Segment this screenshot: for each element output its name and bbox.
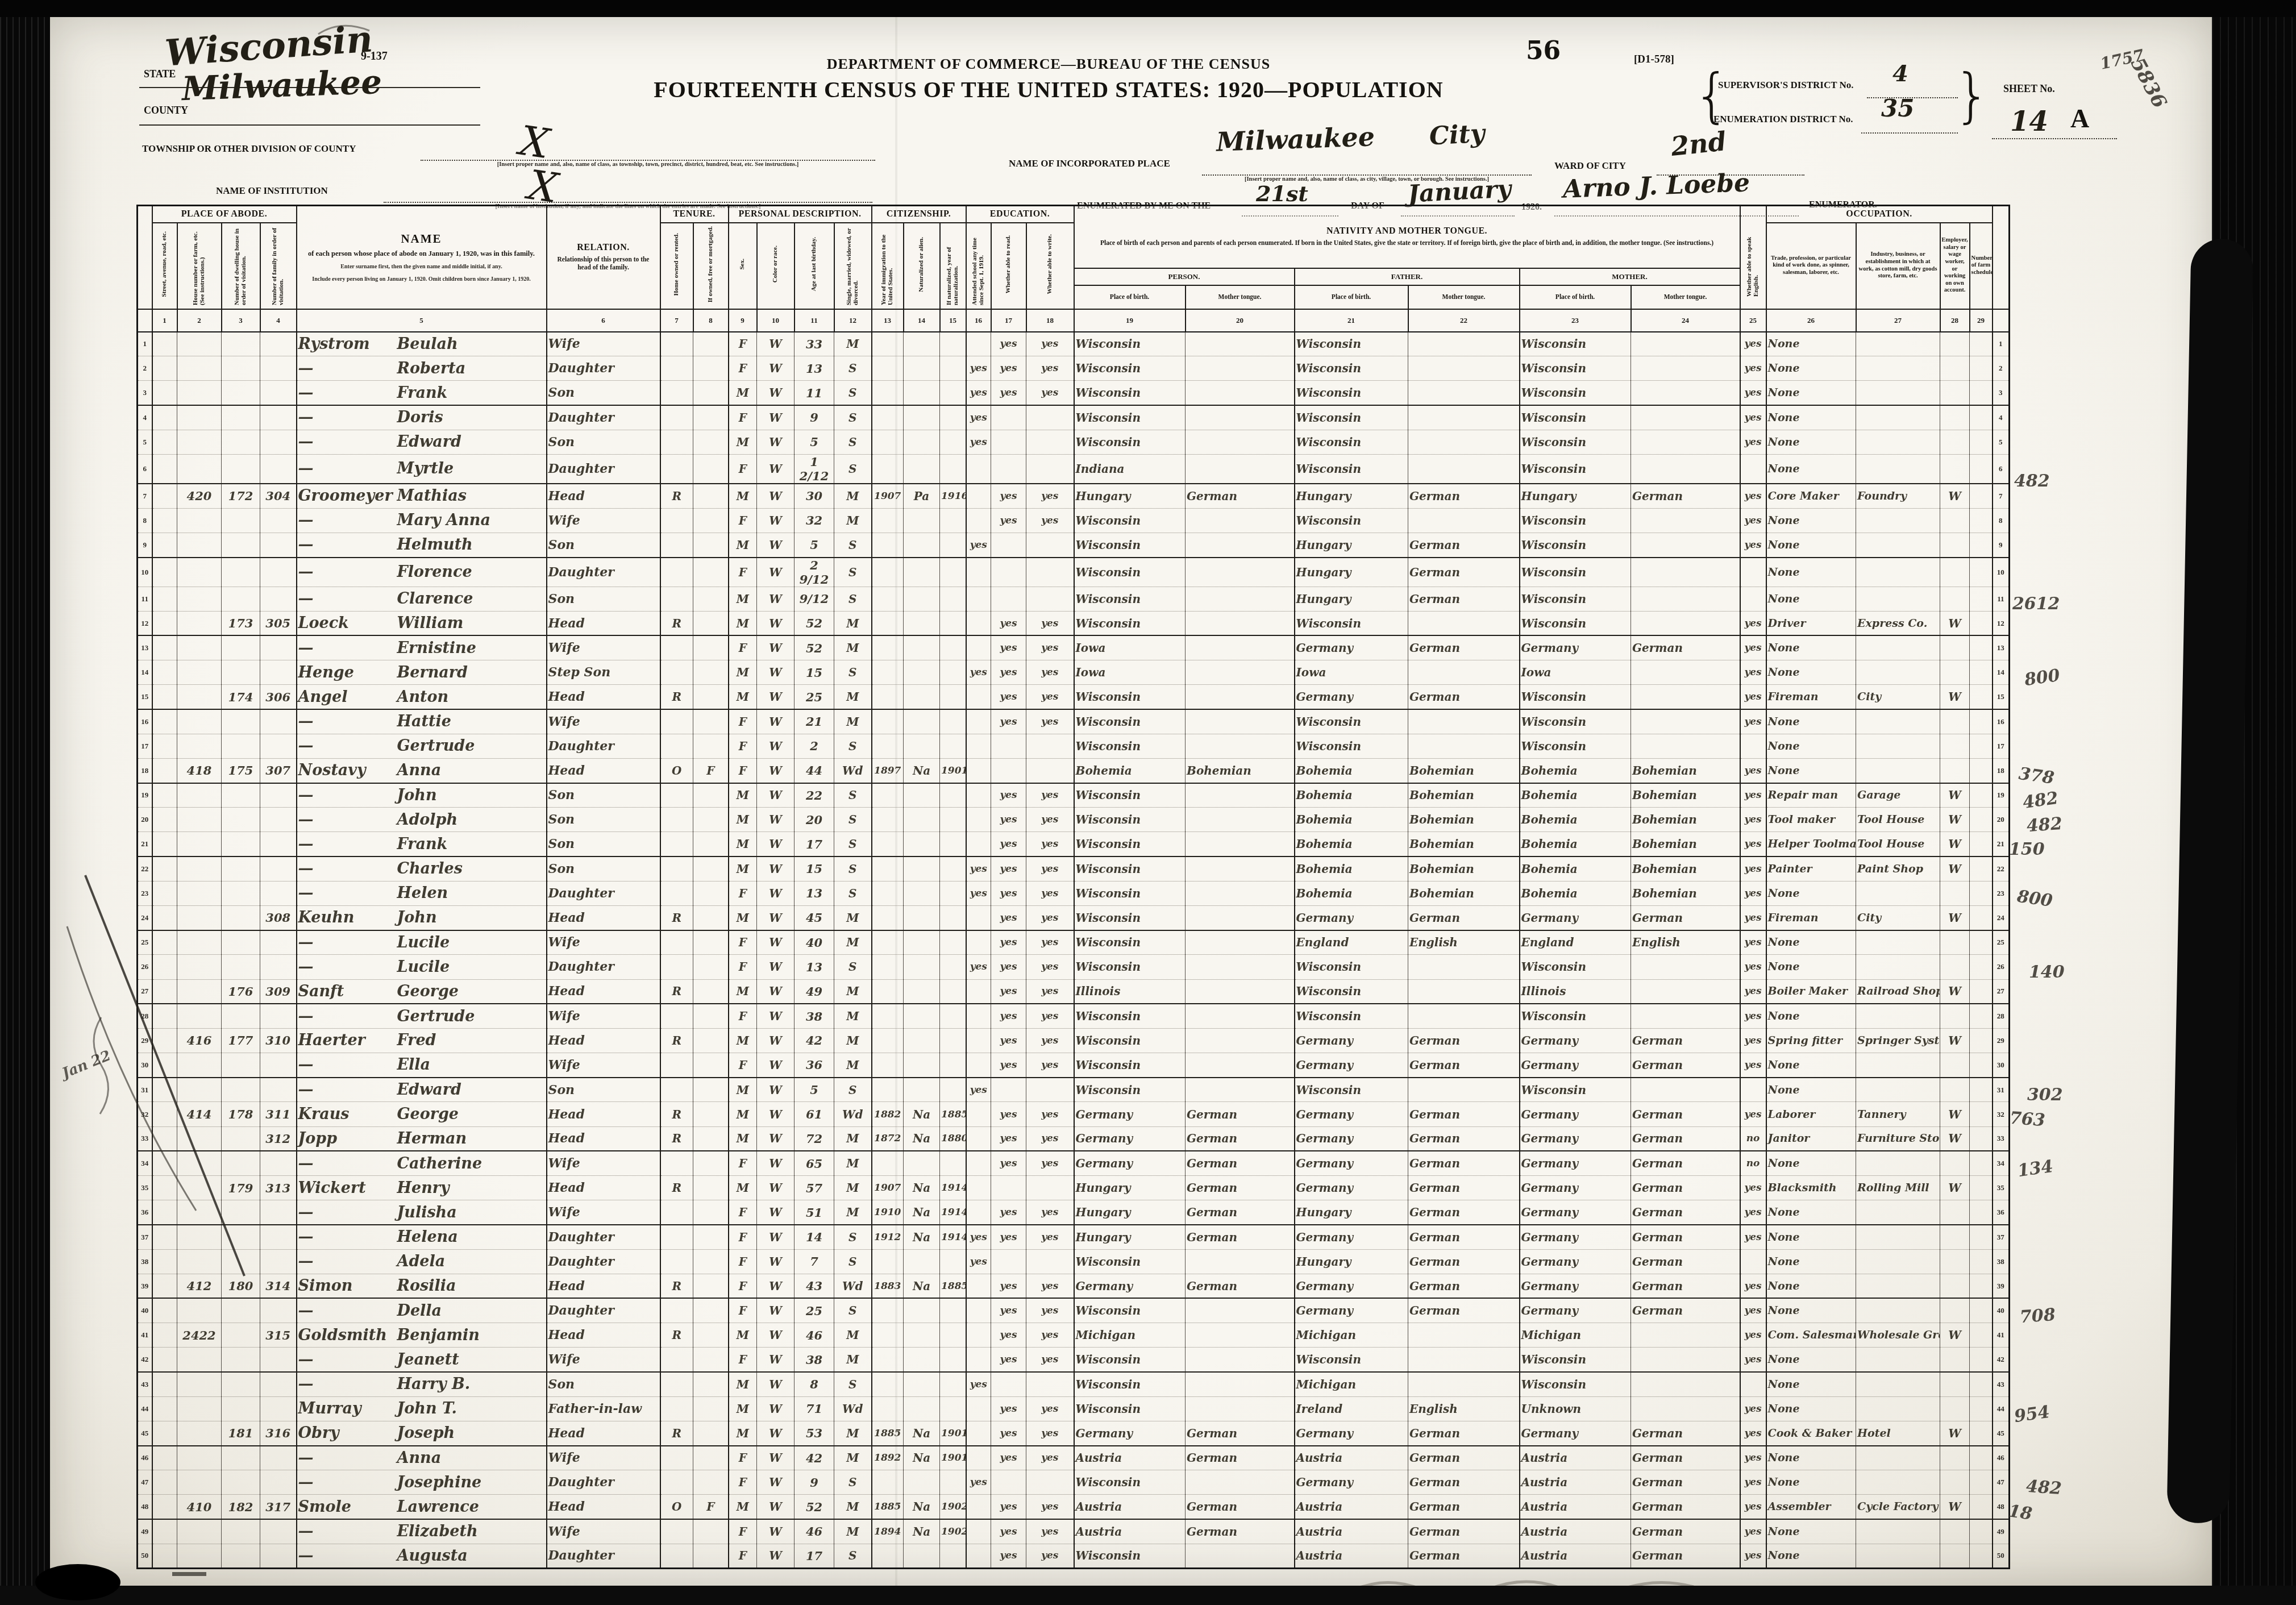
age-cell: 9 — [795, 1470, 834, 1495]
pob-cell: Wisconsin — [1074, 1348, 1186, 1372]
fam-cell — [260, 635, 297, 660]
naty-cell — [940, 930, 966, 955]
dw-cell — [222, 454, 260, 484]
ftng-cell: German — [1408, 1298, 1520, 1323]
occ-cell: None — [1766, 1225, 1856, 1249]
film-edge-top — [0, 0, 2296, 17]
eng-cell — [1740, 1078, 1766, 1102]
race-cell: W — [757, 783, 795, 808]
street-cell — [152, 1274, 177, 1298]
fpob-cell: Bohemia — [1295, 881, 1408, 905]
race-cell: W — [757, 332, 795, 356]
naty-cell: 1902 — [940, 1495, 966, 1519]
mtng-cell: German — [1631, 1495, 1740, 1519]
farm-cell — [1970, 685, 1993, 709]
age-cell: 22 — [795, 783, 834, 808]
wr-cell: yes — [1026, 484, 1074, 508]
emp-cell — [1940, 758, 1970, 783]
naty-cell — [940, 1151, 966, 1175]
street-cell — [152, 1225, 177, 1249]
street-cell — [152, 587, 177, 611]
eng-cell: yes — [1740, 685, 1766, 709]
street-cell — [152, 1323, 177, 1348]
sex-cell: M — [729, 1495, 757, 1519]
nat-cell — [904, 930, 940, 955]
ind-cell — [1856, 1053, 1940, 1078]
street-cell — [152, 405, 177, 430]
street-cell — [152, 1249, 177, 1274]
rel-cell: Head — [547, 1028, 660, 1053]
farm-cell — [1970, 356, 1993, 381]
eng-cell: yes — [1740, 1421, 1766, 1445]
line-number-right: 21 — [1993, 832, 2010, 856]
eng-cell: yes — [1740, 1495, 1766, 1519]
mar-cell: S — [834, 856, 872, 881]
census-row: 412422315GoldsmithBenjaminHeadRMW46Myesy… — [138, 1323, 2010, 1348]
street-cell — [152, 1470, 177, 1495]
name-cell: HengeBernard — [297, 660, 547, 685]
mort-cell — [693, 1004, 729, 1028]
tng-cell — [1186, 332, 1295, 356]
line-number-left: 8 — [138, 508, 152, 533]
personal-group-header: PERSONAL DESCRIPTION. — [729, 206, 872, 223]
line-number-right: 34 — [1993, 1151, 2010, 1175]
tng-cell — [1186, 1028, 1295, 1053]
race-cell: W — [757, 1470, 795, 1495]
occ-cell: None — [1766, 430, 1856, 454]
age-column-header: Age at last birthday. — [795, 223, 834, 309]
own-cell — [660, 533, 693, 557]
rel-cell: Wife — [547, 508, 660, 533]
pob-cell: Wisconsin — [1074, 930, 1186, 955]
ftng-cell: German — [1408, 1446, 1520, 1470]
name-cell: SanftGeorge — [297, 979, 547, 1004]
line-number-right: 48 — [1993, 1495, 2010, 1519]
wr-cell: yes — [1026, 381, 1074, 405]
house-cell — [177, 533, 222, 557]
name-cell: —Florence — [297, 558, 547, 587]
emp-cell — [1940, 587, 1970, 611]
sex-cell: F — [729, 1298, 757, 1323]
mort-cell — [693, 1249, 729, 1274]
mort-cell — [693, 381, 729, 405]
race-cell: W — [757, 1544, 795, 1568]
farm-cell — [1970, 979, 1993, 1004]
emp-cell — [1940, 1249, 1970, 1274]
mtng-cell — [1631, 611, 1740, 635]
pob-cell: Wisconsin — [1074, 356, 1186, 381]
race-cell: W — [757, 1225, 795, 1249]
ward-value: 2nd — [1669, 126, 1728, 162]
rd-cell: yes — [991, 508, 1026, 533]
tng-cell — [1186, 587, 1295, 611]
ind-cell — [1856, 558, 1940, 587]
emp-cell: W — [1940, 1323, 1970, 1348]
mtng-cell: German — [1631, 1225, 1740, 1249]
mother-pob-header: Place of birth. — [1520, 285, 1631, 309]
fpob-cell: Wisconsin — [1295, 979, 1408, 1004]
tng-cell — [1186, 1544, 1295, 1568]
ftng-cell: German — [1408, 1225, 1520, 1249]
census-body: 1RystromBeulahWifeFW33MyesyesWisconsinWi… — [138, 332, 2010, 1569]
mpob-cell: Unknown — [1520, 1396, 1631, 1421]
race-cell: W — [757, 685, 795, 709]
fam-cell — [260, 783, 297, 808]
dw-cell: 177 — [222, 1028, 260, 1053]
ftng-cell: Bohemian — [1408, 758, 1520, 783]
mar-cell: M — [834, 930, 872, 955]
naty-cell: 1902 — [940, 1519, 966, 1544]
fpob-cell: Hungary — [1295, 558, 1408, 587]
line-number-left: 7 — [138, 484, 152, 508]
emp-cell — [1940, 454, 1970, 484]
census-row: 15174306AngelAntonHeadRMW25MyesyesWiscon… — [138, 685, 2010, 709]
occ-cell: None — [1766, 1396, 1856, 1421]
line-number-right: 37 — [1993, 1225, 2010, 1249]
rel-cell: Wife — [547, 1004, 660, 1028]
line-number-right: 45 — [1993, 1421, 2010, 1445]
nat-cell — [904, 1078, 940, 1102]
fam-cell — [260, 430, 297, 454]
house-cell — [177, 1053, 222, 1078]
mtng-cell: German — [1631, 1151, 1740, 1175]
sch-cell — [966, 685, 991, 709]
mar-cell: M — [834, 1348, 872, 1372]
line-number-left: 23 — [138, 881, 152, 905]
race-cell: W — [757, 881, 795, 905]
census-row: 11—ClarenceSonMW9/12SWisconsinHungaryGer… — [138, 587, 2010, 611]
ind-cell: Wholesale Groc. — [1856, 1323, 1940, 1348]
street-cell — [152, 356, 177, 381]
dw-cell — [222, 1323, 260, 1348]
ind-cell — [1856, 1396, 1940, 1421]
fpob-cell: Wisconsin — [1295, 508, 1408, 533]
mar-cell: S — [834, 660, 872, 685]
mpob-cell: Germany — [1520, 1249, 1631, 1274]
rel-cell: Head — [547, 1176, 660, 1200]
fpob-cell: Austria — [1295, 1519, 1408, 1544]
wr-cell: yes — [1026, 1225, 1074, 1249]
mtng-cell: Bohemian — [1631, 881, 1740, 905]
name-cell: —John — [297, 783, 547, 808]
fpob-cell: Germany — [1295, 1151, 1408, 1175]
sex-cell: M — [729, 1176, 757, 1200]
sch-cell — [966, 979, 991, 1004]
line-number-right: 33 — [1993, 1126, 2010, 1151]
sch-cell — [966, 808, 991, 832]
mtng-cell — [1631, 454, 1740, 484]
eng-cell: yes — [1740, 1348, 1766, 1372]
sex-cell: F — [729, 454, 757, 484]
fpob-cell: Wisconsin — [1295, 1004, 1408, 1028]
sex-cell: F — [729, 1544, 757, 1568]
nat-cell — [904, 856, 940, 881]
nat-cell — [904, 533, 940, 557]
name-cell: —Helena — [297, 1225, 547, 1249]
ind-cell — [1856, 1078, 1940, 1102]
imm-cell — [872, 685, 904, 709]
house-cell — [177, 381, 222, 405]
naty-cell: 1880 — [940, 1126, 966, 1151]
dw-cell — [222, 808, 260, 832]
rel-cell: Wife — [547, 635, 660, 660]
ind-cell: City — [1856, 685, 1940, 709]
line-number-right: 43 — [1993, 1372, 2010, 1396]
pob-cell: Illinois — [1074, 979, 1186, 1004]
pob-cell: Germany — [1074, 1126, 1186, 1151]
sex-cell: F — [729, 1200, 757, 1225]
street-cell — [152, 1028, 177, 1053]
tng-cell — [1186, 1323, 1295, 1348]
mort-cell — [693, 1078, 729, 1102]
census-row: 1RystromBeulahWifeFW33MyesyesWisconsinWi… — [138, 332, 2010, 356]
race-cell: W — [757, 955, 795, 979]
own-cell — [660, 783, 693, 808]
sch-cell: yes — [966, 856, 991, 881]
own-cell — [660, 1200, 693, 1225]
emp-cell — [1940, 930, 1970, 955]
tng-cell: German — [1186, 1495, 1295, 1519]
enumerated-day: 21st — [1256, 181, 1308, 206]
pob-cell: Wisconsin — [1074, 1544, 1186, 1568]
own-cell — [660, 856, 693, 881]
tng-cell: German — [1186, 1421, 1295, 1445]
fam-cell — [260, 381, 297, 405]
rd-cell: yes — [991, 808, 1026, 832]
street-cell — [152, 758, 177, 783]
sch-cell — [966, 905, 991, 930]
street-cell — [152, 1078, 177, 1102]
imm-cell: 1894 — [872, 1519, 904, 1544]
ind-cell — [1856, 1225, 1940, 1249]
sex-cell: M — [729, 611, 757, 635]
naty-cell — [940, 1396, 966, 1421]
dw-cell — [222, 930, 260, 955]
fam-cell — [260, 1249, 297, 1274]
farm-cell — [1970, 1004, 1993, 1028]
fpob-cell: Michigan — [1295, 1372, 1408, 1396]
fam-cell: 312 — [260, 1126, 297, 1151]
dw-cell — [222, 1298, 260, 1323]
eng-cell: yes — [1740, 1225, 1766, 1249]
age-cell: 42 — [795, 1028, 834, 1053]
line-number-left: 28 — [138, 1004, 152, 1028]
tng-cell — [1186, 533, 1295, 557]
eng-cell: yes — [1740, 635, 1766, 660]
name-cell: —Frank — [297, 381, 547, 405]
line-number-left: 50 — [138, 1544, 152, 1568]
age-cell: 38 — [795, 1004, 834, 1028]
nat-cell — [904, 430, 940, 454]
mar-cell: M — [834, 979, 872, 1004]
street-cell — [152, 979, 177, 1004]
mtng-cell: Bohemian — [1631, 832, 1740, 856]
dw-cell — [222, 1151, 260, 1175]
naty-cell — [940, 405, 966, 430]
rel-cell: Wife — [547, 1053, 660, 1078]
line-number-header-right — [1993, 206, 2010, 309]
eng-cell: yes — [1740, 955, 1766, 979]
wr-cell: yes — [1026, 1200, 1074, 1225]
line-number-left: 1 — [138, 332, 152, 356]
supervisor-district-label: SUPERVISOR'S DISTRICT No. — [1718, 80, 1854, 91]
nat-cell — [904, 1298, 940, 1323]
pob-cell: Wisconsin — [1074, 405, 1186, 430]
sex-column-header: Sex. — [729, 223, 757, 309]
occ-cell: None — [1766, 1372, 1856, 1396]
emp-cell: W — [1940, 1126, 1970, 1151]
occ-cell: None — [1766, 587, 1856, 611]
bottom-form-code — [172, 1572, 206, 1576]
house-cell — [177, 1298, 222, 1323]
mar-cell: M — [834, 332, 872, 356]
age-cell: 17 — [795, 1544, 834, 1568]
name-cell: —Anna — [297, 1446, 547, 1470]
rd-cell — [991, 533, 1026, 557]
ftng-cell: German — [1408, 587, 1520, 611]
rel-cell: Daughter — [547, 1225, 660, 1249]
ftng-cell: German — [1408, 1028, 1520, 1053]
mpob-cell: Wisconsin — [1520, 381, 1631, 405]
eng-cell — [1740, 558, 1766, 587]
mpob-cell: Hungary — [1520, 484, 1631, 508]
mort-cell — [693, 1028, 729, 1053]
eng-cell: yes — [1740, 1200, 1766, 1225]
fam-cell — [260, 832, 297, 856]
street-cell — [152, 533, 177, 557]
imm-cell — [872, 1544, 904, 1568]
rd-cell: yes — [991, 1053, 1026, 1078]
dw-cell — [222, 405, 260, 430]
wr-cell — [1026, 758, 1074, 783]
name-cell: —Ernistine — [297, 635, 547, 660]
occ-cell: None — [1766, 881, 1856, 905]
line-number-left: 43 — [138, 1372, 152, 1396]
fam-cell — [260, 332, 297, 356]
own-cell — [660, 660, 693, 685]
line-number-left: 17 — [138, 734, 152, 758]
fpob-cell: Austria — [1295, 1495, 1408, 1519]
wr-cell: yes — [1026, 979, 1074, 1004]
education-group-header: EDUCATION. — [966, 206, 1074, 223]
tng-cell — [1186, 381, 1295, 405]
mtng-cell — [1631, 1348, 1740, 1372]
ftng-cell — [1408, 660, 1520, 685]
mort-cell — [693, 905, 729, 930]
mort-cell: F — [693, 758, 729, 783]
sch-cell — [966, 1274, 991, 1298]
census-row: 40—DellaDaughterFW25SyesyesWisconsinGerm… — [138, 1298, 2010, 1323]
emp-cell: W — [1940, 611, 1970, 635]
rd-cell: yes — [991, 856, 1026, 881]
rd-cell: yes — [991, 955, 1026, 979]
pob-cell: Wisconsin — [1074, 808, 1186, 832]
fam-cell — [260, 405, 297, 430]
line-number-right: 12 — [1993, 611, 2010, 635]
naty-cell: 1901 — [940, 758, 966, 783]
imm-cell — [872, 783, 904, 808]
farm-cell — [1970, 558, 1993, 587]
fam-cell — [260, 660, 297, 685]
naty-cell — [940, 332, 966, 356]
line-number-left: 27 — [138, 979, 152, 1004]
rd-cell — [991, 1372, 1026, 1396]
race-cell: W — [757, 808, 795, 832]
tng-cell: German — [1186, 1225, 1295, 1249]
mar-cell: Wd — [834, 1274, 872, 1298]
emp-cell: W — [1940, 808, 1970, 832]
nat-cell — [904, 508, 940, 533]
rel-cell: Daughter — [547, 1470, 660, 1495]
tng-cell — [1186, 1348, 1295, 1372]
street-cell — [152, 508, 177, 533]
naty-cell — [940, 709, 966, 734]
right-margin-note: 954 — [2013, 1402, 2051, 1427]
ftng-cell — [1408, 1348, 1520, 1372]
sch-cell — [966, 709, 991, 734]
naty-cell — [940, 832, 966, 856]
ind-cell — [1856, 454, 1940, 484]
emp-cell — [1940, 1519, 1970, 1544]
occ-cell: None — [1766, 405, 1856, 430]
race-cell: W — [757, 930, 795, 955]
imm-cell — [872, 454, 904, 484]
right-margin-note: 2612 — [2012, 594, 2060, 614]
naty-cell — [940, 660, 966, 685]
pob-cell: Wisconsin — [1074, 430, 1186, 454]
naty-cell — [940, 1004, 966, 1028]
naty-cell — [940, 905, 966, 930]
sex-cell: M — [729, 832, 757, 856]
eng-cell — [1740, 1249, 1766, 1274]
race-cell: W — [757, 381, 795, 405]
english-column-header: Whether able to speak English. — [1740, 206, 1766, 309]
race-cell: W — [757, 1519, 795, 1544]
census-row: 27176309SanftGeorgeHeadRMW49MyesyesIllin… — [138, 979, 2010, 1004]
sex-cell: F — [729, 709, 757, 734]
person-pob-header: Place of birth. — [1074, 285, 1186, 309]
incorporated-place-value: Milwaukee — [1216, 121, 1375, 157]
occ-cell: Cook & Baker — [1766, 1421, 1856, 1445]
occ-cell: Janitor — [1766, 1126, 1856, 1151]
house-cell — [177, 430, 222, 454]
sch-cell — [966, 832, 991, 856]
sch-cell — [966, 1004, 991, 1028]
house-cell: 416 — [177, 1028, 222, 1053]
sch-cell — [966, 1446, 991, 1470]
age-cell: 2 — [795, 734, 834, 758]
mtng-cell: German — [1631, 1126, 1740, 1151]
naty-cell: 1916 — [940, 484, 966, 508]
tng-cell — [1186, 734, 1295, 758]
race-cell: W — [757, 1151, 795, 1175]
tng-cell — [1186, 635, 1295, 660]
house-cell — [177, 1519, 222, 1544]
rd-cell: yes — [991, 1298, 1026, 1323]
rel-cell: Head — [547, 685, 660, 709]
township-rule — [421, 159, 875, 161]
mar-cell: M — [834, 1200, 872, 1225]
race-cell: W — [757, 533, 795, 557]
film-blob-bottom-left — [35, 1564, 120, 1600]
own-cell: O — [660, 1495, 693, 1519]
ind-cell — [1856, 508, 1940, 533]
wr-cell — [1026, 1470, 1074, 1495]
dw-cell — [222, 1348, 260, 1372]
nat-cell — [904, 558, 940, 587]
rd-cell: yes — [991, 832, 1026, 856]
mpob-cell: Bohemia — [1520, 783, 1631, 808]
